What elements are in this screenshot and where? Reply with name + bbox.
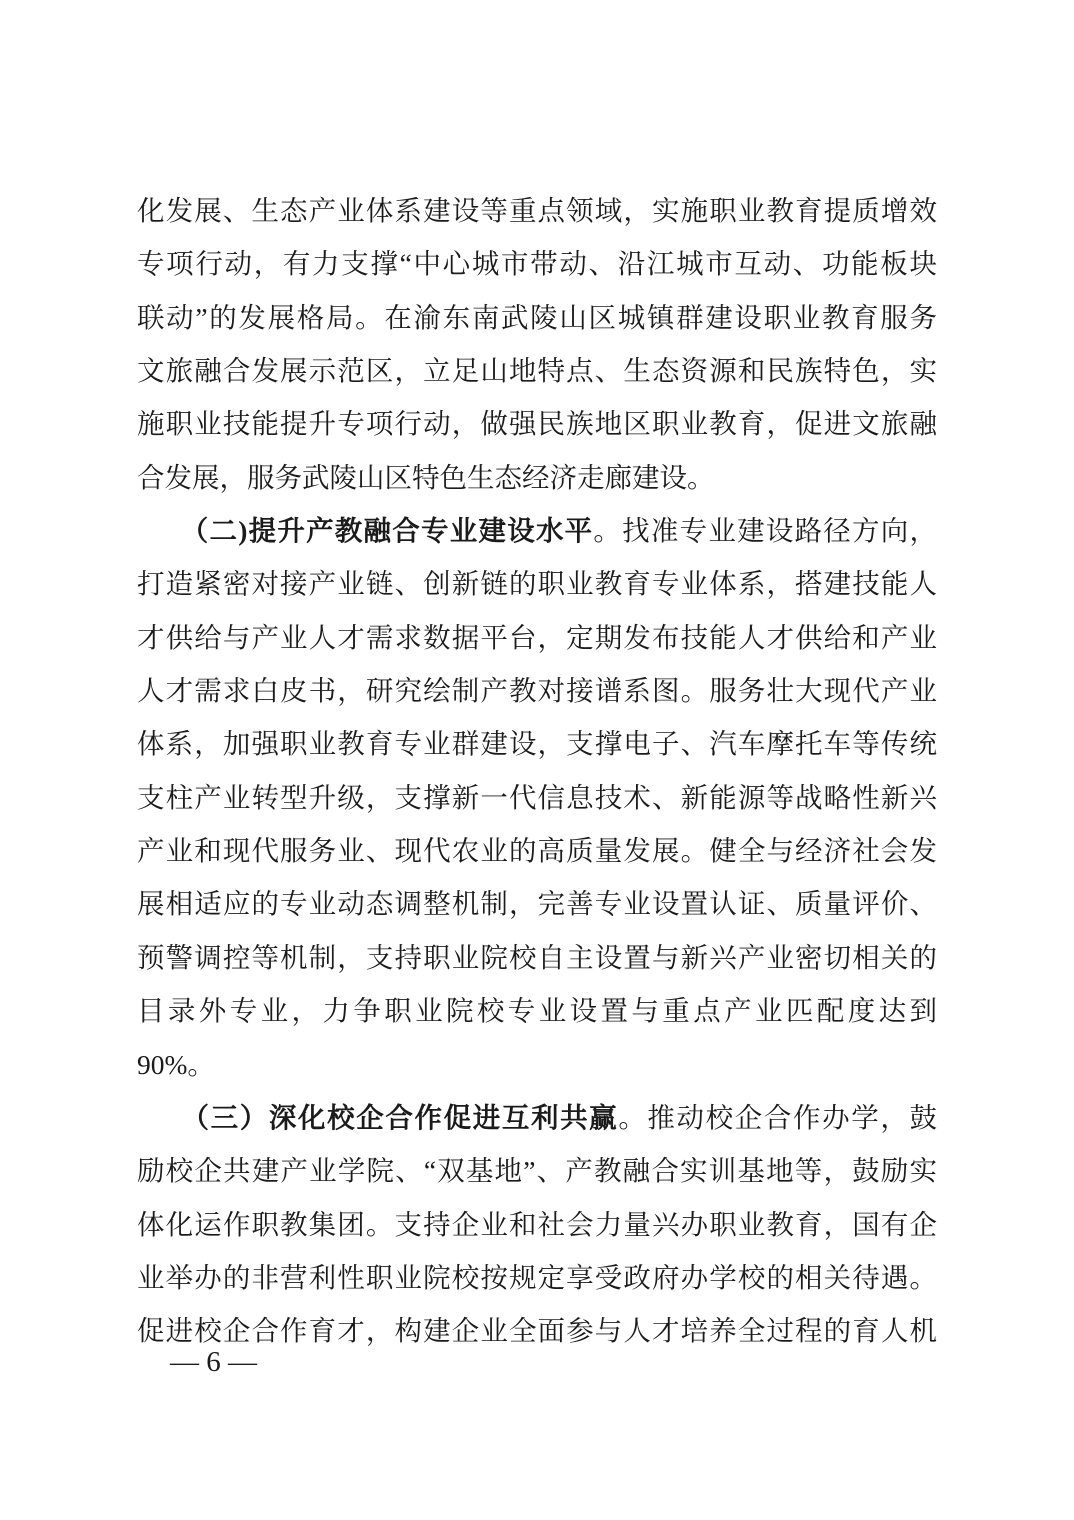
text-line: 才供给与产业人才需求数据平台，定期发布技能人才供给和产业 <box>137 611 937 664</box>
text-segment: 。找准专业建设路径方向， <box>593 515 937 546</box>
paragraph-section-3: （三）深化校企合作促进互利共赢。推动校企合作办学，鼓励校企共建产业学院、“双基地… <box>137 1091 937 1358</box>
text-line: 业举办的非营利性职业院校按规定享受政府办学校的相关待遇。 <box>137 1251 937 1304</box>
text-segment: 打造紧密对接产业链、创新链的职业教育专业体系，搭建技能人 <box>137 568 937 599</box>
text-segment: 目录外专业，力争职业院校专业设置与重点产业匹配度达到 <box>137 995 937 1026</box>
text-segment: 人才需求白皮书，研究绘制产教对接谱系图。服务壮大现代产业 <box>137 675 937 706</box>
text-segment: 合发展，服务武陵山区特色生态经济走廊建设。 <box>137 462 715 493</box>
section-heading-segment: （三）深化校企合作促进互利共赢 <box>195 1102 618 1133</box>
text-line: 联动”的发展格局。在渝东南武陵山区城镇群建设职业教育服务 <box>137 291 937 344</box>
text-segment: 支柱产业转型升级，支撑新一代信息技术、新能源等战略性新兴 <box>137 782 937 813</box>
text-segment: 化发展、生态产业体系建设等重点领域，实施职业教育提质增效 <box>137 195 937 226</box>
text-segment: 90%。 <box>137 1049 215 1080</box>
text-segment: 促进校企合作育才，构建企业全面参与人才培养全过程的育人机 <box>137 1315 937 1346</box>
text-line: （二)提升产教融合专业建设水平。找准专业建设路径方向， <box>137 504 937 557</box>
text-line: 人才需求白皮书，研究绘制产教对接谱系图。服务壮大现代产业 <box>137 664 937 717</box>
document-body: 化发展、生态产业体系建设等重点领域，实施职业教育提质增效专项行动，有力支撑“中心… <box>137 184 937 1358</box>
text-segment <box>137 1102 195 1133</box>
text-line: 展相适应的专业动态调整机制，完善专业设置认证、质量评价、 <box>137 877 937 930</box>
text-segment: 才供给与产业人才需求数据平台，定期发布技能人才供给和产业 <box>137 622 937 653</box>
text-segment: 联动”的发展格局。在渝东南武陵山区城镇群建设职业教育服务 <box>137 302 937 333</box>
text-line: 支柱产业转型升级，支撑新一代信息技术、新能源等战略性新兴 <box>137 771 937 824</box>
text-line: 产业和现代服务业、现代农业的高质量发展。健全与经济社会发 <box>137 824 937 877</box>
text-segment: 产业和现代服务业、现代农业的高质量发展。健全与经济社会发 <box>137 835 937 866</box>
text-segment: 展相适应的专业动态调整机制，完善专业设置认证、质量评价、 <box>137 888 937 919</box>
text-line: 90%。 <box>137 1038 937 1091</box>
text-segment: 。推动校企合作办学，鼓 <box>618 1102 937 1133</box>
text-segment: 文旅融合发展示范区，立足山地特点、生态资源和民族特色，实 <box>137 355 937 386</box>
text-line: 合发展，服务武陵山区特色生态经济走廊建设。 <box>137 451 937 504</box>
text-segment: 体系，加强职业教育专业群建设，支撑电子、汽车摩托车等传统 <box>137 728 937 759</box>
text-line: 施职业技能提升专项行动，做强民族地区职业教育，促进文旅融 <box>137 397 937 450</box>
text-line: 目录外专业，力争职业院校专业设置与重点产业匹配度达到 <box>137 984 937 1037</box>
text-line: 文旅融合发展示范区，立足山地特点、生态资源和民族特色，实 <box>137 344 937 397</box>
page-number: — 6 — <box>170 1347 257 1379</box>
paragraph-section-2: （二)提升产教融合专业建设水平。找准专业建设路径方向，打造紧密对接产业链、创新链… <box>137 504 937 1091</box>
text-line: （三）深化校企合作促进互利共赢。推动校企合作办学，鼓 <box>137 1091 937 1144</box>
text-segment: 专项行动，有力支撑“中心城市带动、沿江城市互动、功能板块 <box>137 248 937 279</box>
section-heading-segment: （二)提升产教融合专业建设水平 <box>194 515 593 546</box>
text-line: 打造紧密对接产业链、创新链的职业教育专业体系，搭建技能人 <box>137 557 937 610</box>
text-line: 化发展、生态产业体系建设等重点领域，实施职业教育提质增效 <box>137 184 937 237</box>
paragraph-continuation: 化发展、生态产业体系建设等重点领域，实施职业教育提质增效专项行动，有力支撑“中心… <box>137 184 937 504</box>
text-segment: 施职业技能提升专项行动，做强民族地区职业教育，促进文旅融 <box>137 408 937 439</box>
text-segment: 体化运作职教集团。支持企业和社会力量兴办职业教育，国有企 <box>137 1209 937 1240</box>
text-segment: 预警调控等机制，支持职业院校自主设置与新兴产业密切相关的 <box>137 942 937 973</box>
text-line: 体化运作职教集团。支持企业和社会力量兴办职业教育，国有企 <box>137 1198 937 1251</box>
text-line: 促进校企合作育才，构建企业全面参与人才培养全过程的育人机 <box>137 1304 937 1357</box>
text-segment: 励校企共建产业学院、“双基地”、产教融合实训基地等，鼓励实 <box>137 1155 937 1186</box>
text-segment <box>137 515 194 546</box>
text-line: 励校企共建产业学院、“双基地”、产教融合实训基地等，鼓励实 <box>137 1144 937 1197</box>
text-line: 体系，加强职业教育专业群建设，支撑电子、汽车摩托车等传统 <box>137 717 937 770</box>
text-line: 专项行动，有力支撑“中心城市带动、沿江城市互动、功能板块 <box>137 237 937 290</box>
text-segment: 业举办的非营利性职业院校按规定享受政府办学校的相关待遇。 <box>137 1262 937 1293</box>
document-page: 化发展、生态产业体系建设等重点领域，实施职业教育提质增效专项行动，有力支撑“中心… <box>0 0 1074 1520</box>
text-line: 预警调控等机制，支持职业院校自主设置与新兴产业密切相关的 <box>137 931 937 984</box>
